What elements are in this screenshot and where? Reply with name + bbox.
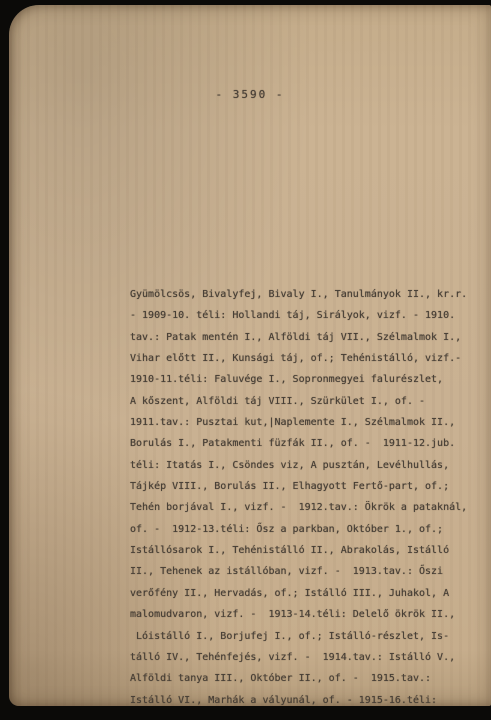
text-line: Tájkép VIII., Borulás II., Elhagyott Fer…	[130, 476, 482, 497]
text-line: verőfény II., Hervadás, of.; Istálló III…	[130, 583, 482, 604]
text-line: Gyümölcsös, Bivalyfej, Bivaly I., Tanulm…	[130, 284, 482, 305]
text-line: Istállósarok I., Tehénistálló II., Abrak…	[130, 540, 482, 561]
text-line: malomudvaron, vizf. - 1913-14.téli: Dele…	[130, 604, 482, 625]
text-line: Tehén borjával I., vizf. - 1912.tav.: Ök…	[130, 497, 482, 518]
text-line: Lóistálló I., Borjufej I., of.; Istálló-…	[130, 626, 482, 647]
text-line: téli: Itatás I., Csöndes viz, A pusztán,…	[130, 455, 482, 476]
text-line: tálló IV., Tehénfejés, vizf. - 1914.tav.…	[130, 647, 482, 668]
text-line: 1911.tav.: Pusztai kut,|Naplemente I., S…	[130, 412, 482, 433]
text-line: Vihar előtt II., Kunsági táj, of.; Tehén…	[130, 348, 482, 369]
text-line: 1910-11.téli: Faluvége I., Sopronmegyei …	[130, 369, 482, 390]
text-line: Borulás I., Patakmenti füzfák II., of. -…	[130, 433, 482, 454]
typewritten-text-block: Gyümölcsös, Bivalyfej, Bivaly I., Tanulm…	[130, 284, 482, 711]
text-line: Alföldi tanya III., Október II., of. - 1…	[130, 668, 482, 689]
text-line: II., Tehenek az istállóban, vizf. - 1913…	[130, 561, 482, 582]
text-line: of. - 1912-13.téli: Ősz a parkban, Októb…	[130, 519, 482, 540]
page-number: - 3590 -	[9, 88, 491, 101]
text-line: Istálló VI., Marhák a vályunál, of. - 19…	[130, 690, 482, 711]
text-line: - 1909-10. téli: Hollandi táj, Sirályok,…	[130, 305, 482, 326]
text-line: A kőszent, Alföldi táj VIII., Szürkület …	[130, 391, 482, 412]
text-line: tav.: Patak mentén I., Alföldi táj VII.,…	[130, 327, 482, 348]
